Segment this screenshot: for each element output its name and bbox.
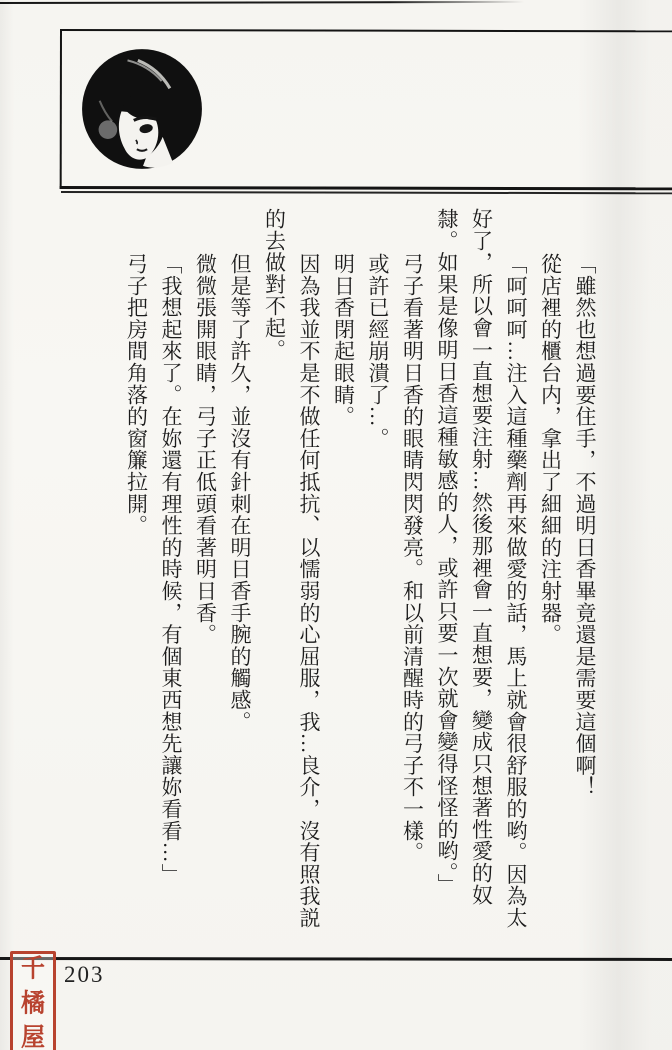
seal-character-2: 橘: [21, 991, 45, 1016]
text-column-p7-2: 的去做對不起。: [264, 208, 286, 361]
character-portrait-icon: [80, 46, 204, 172]
novel-text-block: 「雖然也想過要住手，不過明日香畢竟還是需要這個啊！從店裡的櫃台内，拿出了細細的注…: [126, 208, 597, 956]
text-column-p10-1: 「我想起來了。在妳還有理性的時候，有個東西想先讓妳看看…」: [160, 208, 182, 885]
text-column-p2-1: 從店裡的櫃台内，拿出了細細的注射器。: [540, 208, 562, 645]
book-page: 「雖然也想過要住手，不過明日香畢竟還是需要這個啊！從店裡的櫃台内，拿出了細細的注…: [0, 0, 672, 1050]
text-column-p4-1: 弓子看著明日香的眼睛閃閃發亮。和以前清醒時的弓子不一樣。: [402, 208, 424, 863]
text-column-p5-1: 或許已經崩潰了…。: [367, 208, 389, 449]
text-column-p3-3: 隸。如果是像明日香這種敏感的人，或許只要一次就會變得怪怪的哟。」: [436, 208, 458, 895]
publisher-seal-stamp: 千橘屋: [10, 951, 56, 1050]
page-number: 203: [64, 962, 105, 988]
text-column-p8-1: 但是等了許久，並沒有針刺在明日香手腕的觸感。: [229, 208, 251, 733]
text-column-p3-1: 「呵呵呵…注入這種藥劑再來做愛的話，馬上就會很舒服的哟。因為太: [505, 208, 527, 929]
text-column-p11-1: 弓子把房間角落的窗簾拉開。: [126, 208, 148, 536]
seal-character-3: 屋: [21, 1025, 45, 1050]
text-column-p9-1: 微微張開眼睛，弓子正低頭看著明日香。: [195, 208, 217, 645]
text-column-p1-1: 「雖然也想過要住手，不過明日香畢竟還是需要這個啊！: [574, 208, 596, 798]
seal-character-1: 千: [21, 956, 45, 981]
header-frame-double-rule: [61, 191, 672, 194]
text-column-p7-1: 因為我並不是不做任何抵抗、以懦弱的心屈服，我…良介，沒有照我説: [298, 208, 320, 929]
text-column-p3-2: 好了，所以會一直想要注射…然後那裡會一直想要，變成只想著性愛的奴: [471, 208, 493, 906]
footer-rule: [0, 957, 672, 961]
page-top-rule: [0, 1, 672, 5]
text-column-p6-1: 明日香閉起眼睛。: [333, 208, 355, 427]
